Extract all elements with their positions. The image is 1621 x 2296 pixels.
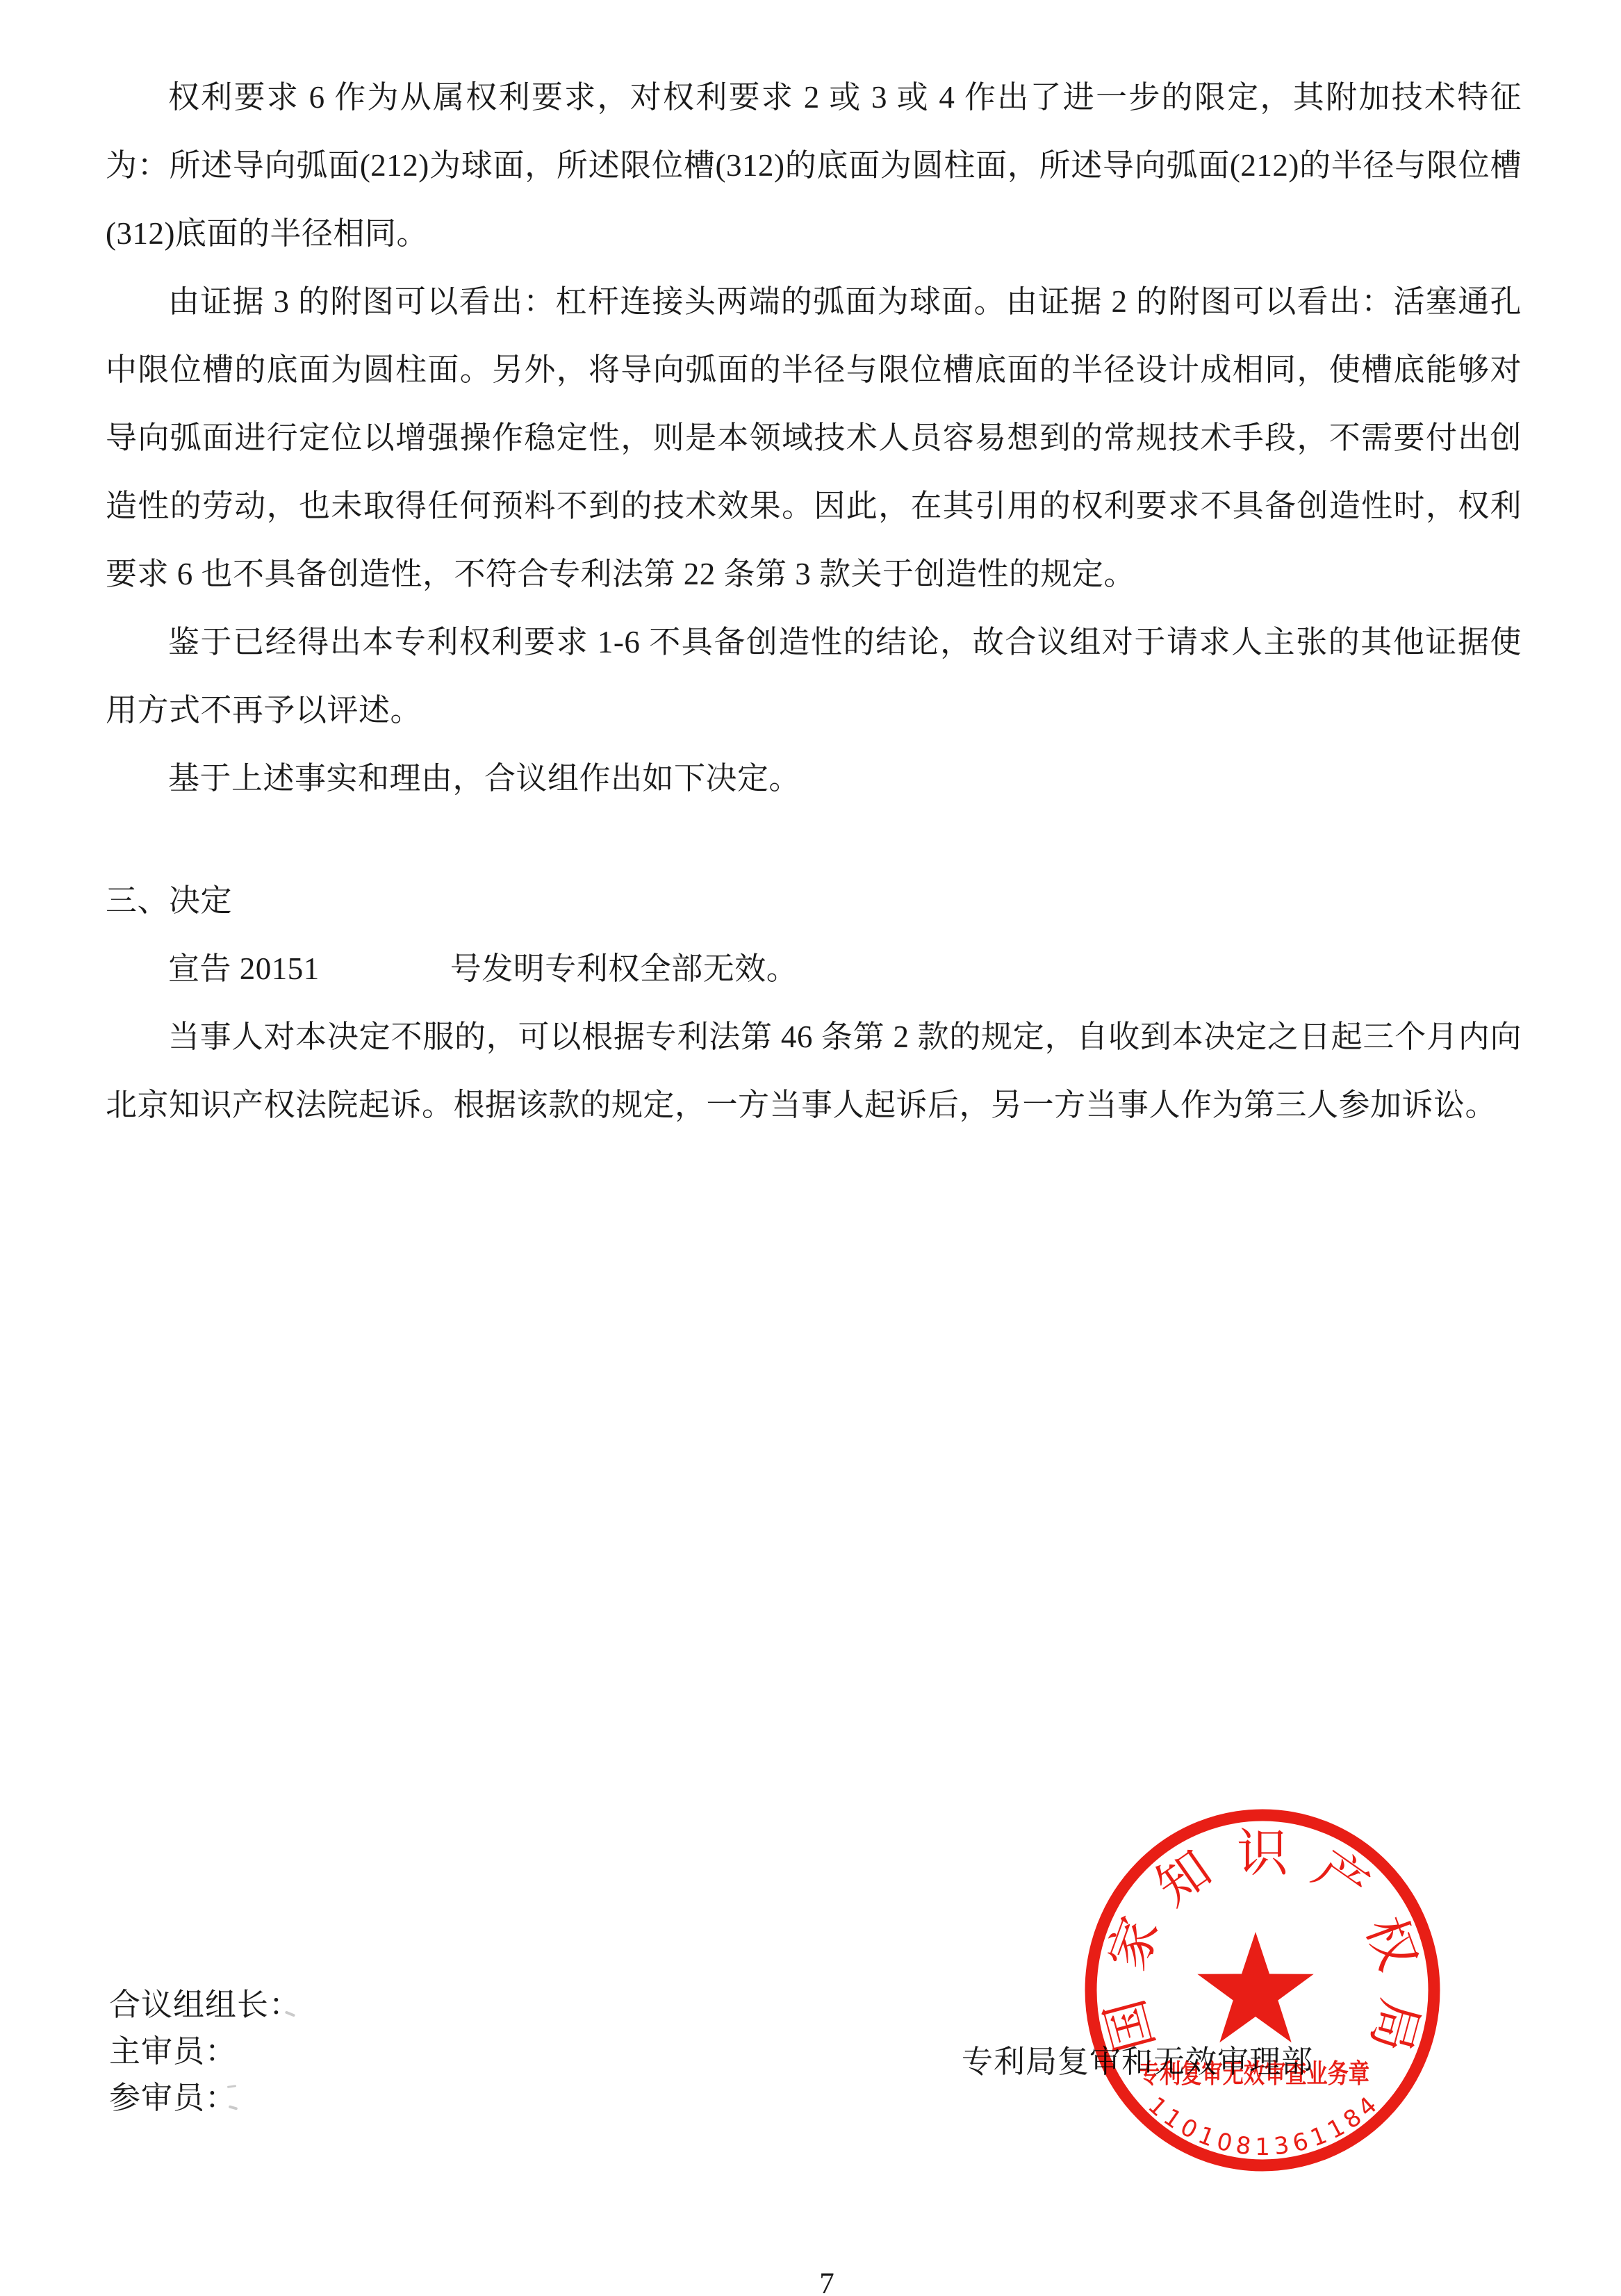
department-name: 专利局复审和无效审理部: [962, 2036, 1313, 2081]
signature-line-participating-examiner: 参审员：: [109, 2075, 301, 2122]
svg-text:6: 6: [1290, 2127, 1311, 2158]
svg-text:3: 3: [1272, 2131, 1290, 2160]
official-seal-stamp: 国家知识产权局 专利复审无效审查业务章 1101081361184: [1079, 1805, 1440, 2181]
body-paragraph-evidence: 由证据 3 的附图可以看出：杠杆连接头两端的弧面为球面。由证据 2 的附图可以看…: [106, 268, 1522, 608]
body-paragraph-appeal: 当事人对本决定不服的，可以根据专利法第 46 条第 2 款的规定，自收到本决定之…: [106, 1003, 1522, 1139]
decision-statement-prefix: 宣告 20151: [168, 951, 320, 986]
svg-text:8: 8: [1234, 2131, 1252, 2160]
section-heading-decision: 三、决定: [106, 867, 1522, 935]
signature-line-panel-chief: 合议组组长：: [109, 1982, 301, 2028]
body-paragraph-claim6: 权利要求 6 作为从属权利要求，对权利要求 2 或 3 或 4 作出了进一步的限…: [106, 63, 1522, 268]
document-page: 权利要求 6 作为从属权利要求，对权利要求 2 或 3 或 4 作出了进一步的限…: [0, 0, 1621, 2296]
decision-statement-suffix: 号发明专利权全部无效。: [450, 951, 798, 986]
page-number: 7: [804, 2267, 850, 2296]
redacted-patent-number-gap: [320, 978, 450, 979]
decision-body: 权利要求 6 作为从属权利要求，对权利要求 2 或 3 或 4 作出了进一步的限…: [106, 63, 1522, 1139]
decision-statement: 宣告 20151号发明专利权全部无效。: [106, 935, 1522, 1003]
svg-text:1: 1: [1255, 2133, 1270, 2161]
svg-text:局: 局: [1360, 1993, 1428, 2058]
seal-star-icon: [1197, 1932, 1313, 2042]
svg-text:0: 0: [1214, 2127, 1235, 2158]
svg-text:识: 识: [1237, 1826, 1290, 1883]
signature-line-chief-examiner: 主审员：: [109, 2028, 301, 2075]
body-paragraph-basis: 基于上述事实和理由，合议组作出如下决定。: [106, 744, 1522, 812]
seal-serial-number: 1101081361184: [1142, 2092, 1382, 2161]
body-paragraph-conclusion: 鉴于已经得出本专利权利要求 1-6 不具备创造性的结论，故合议组对于请求人主张的…: [106, 608, 1522, 744]
signature-block: 合议组组长： 主审员： 参审员：: [109, 1982, 301, 2122]
